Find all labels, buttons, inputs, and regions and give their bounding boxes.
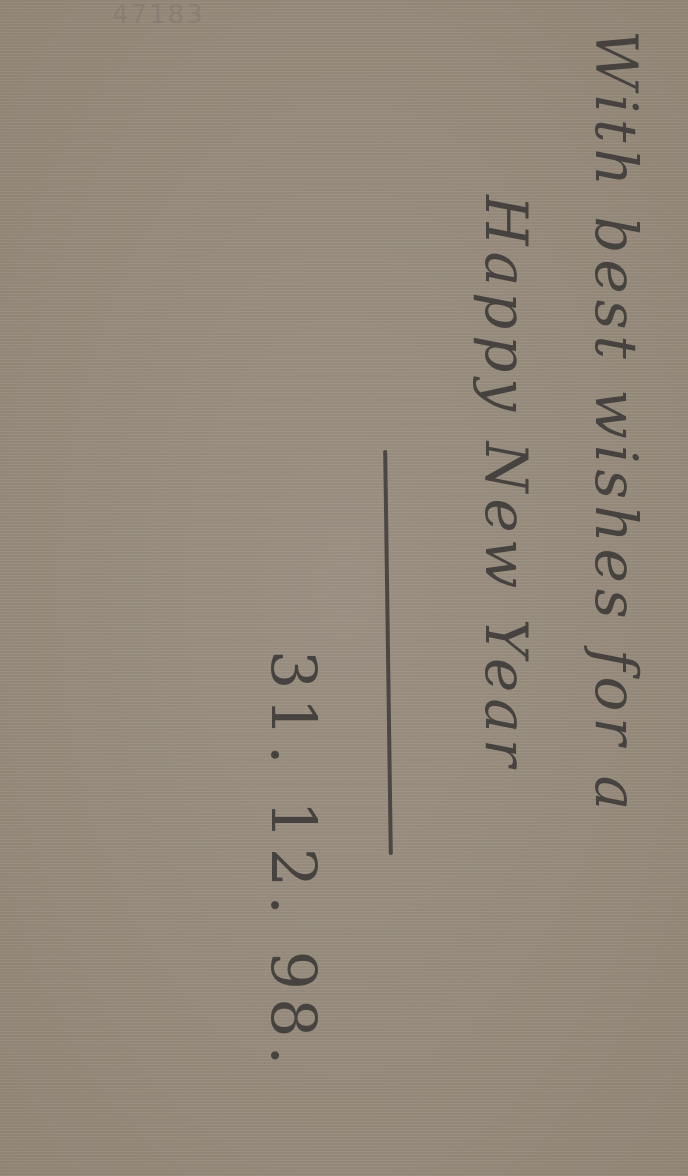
greeting-line-1: With best wishes for a (582, 30, 650, 816)
greeting-line-2: Happy New Year (472, 195, 540, 773)
handwritten-date: 31. 12. 98. (257, 650, 330, 1073)
pencil-catalog-mark: 47183 (112, 0, 205, 30)
